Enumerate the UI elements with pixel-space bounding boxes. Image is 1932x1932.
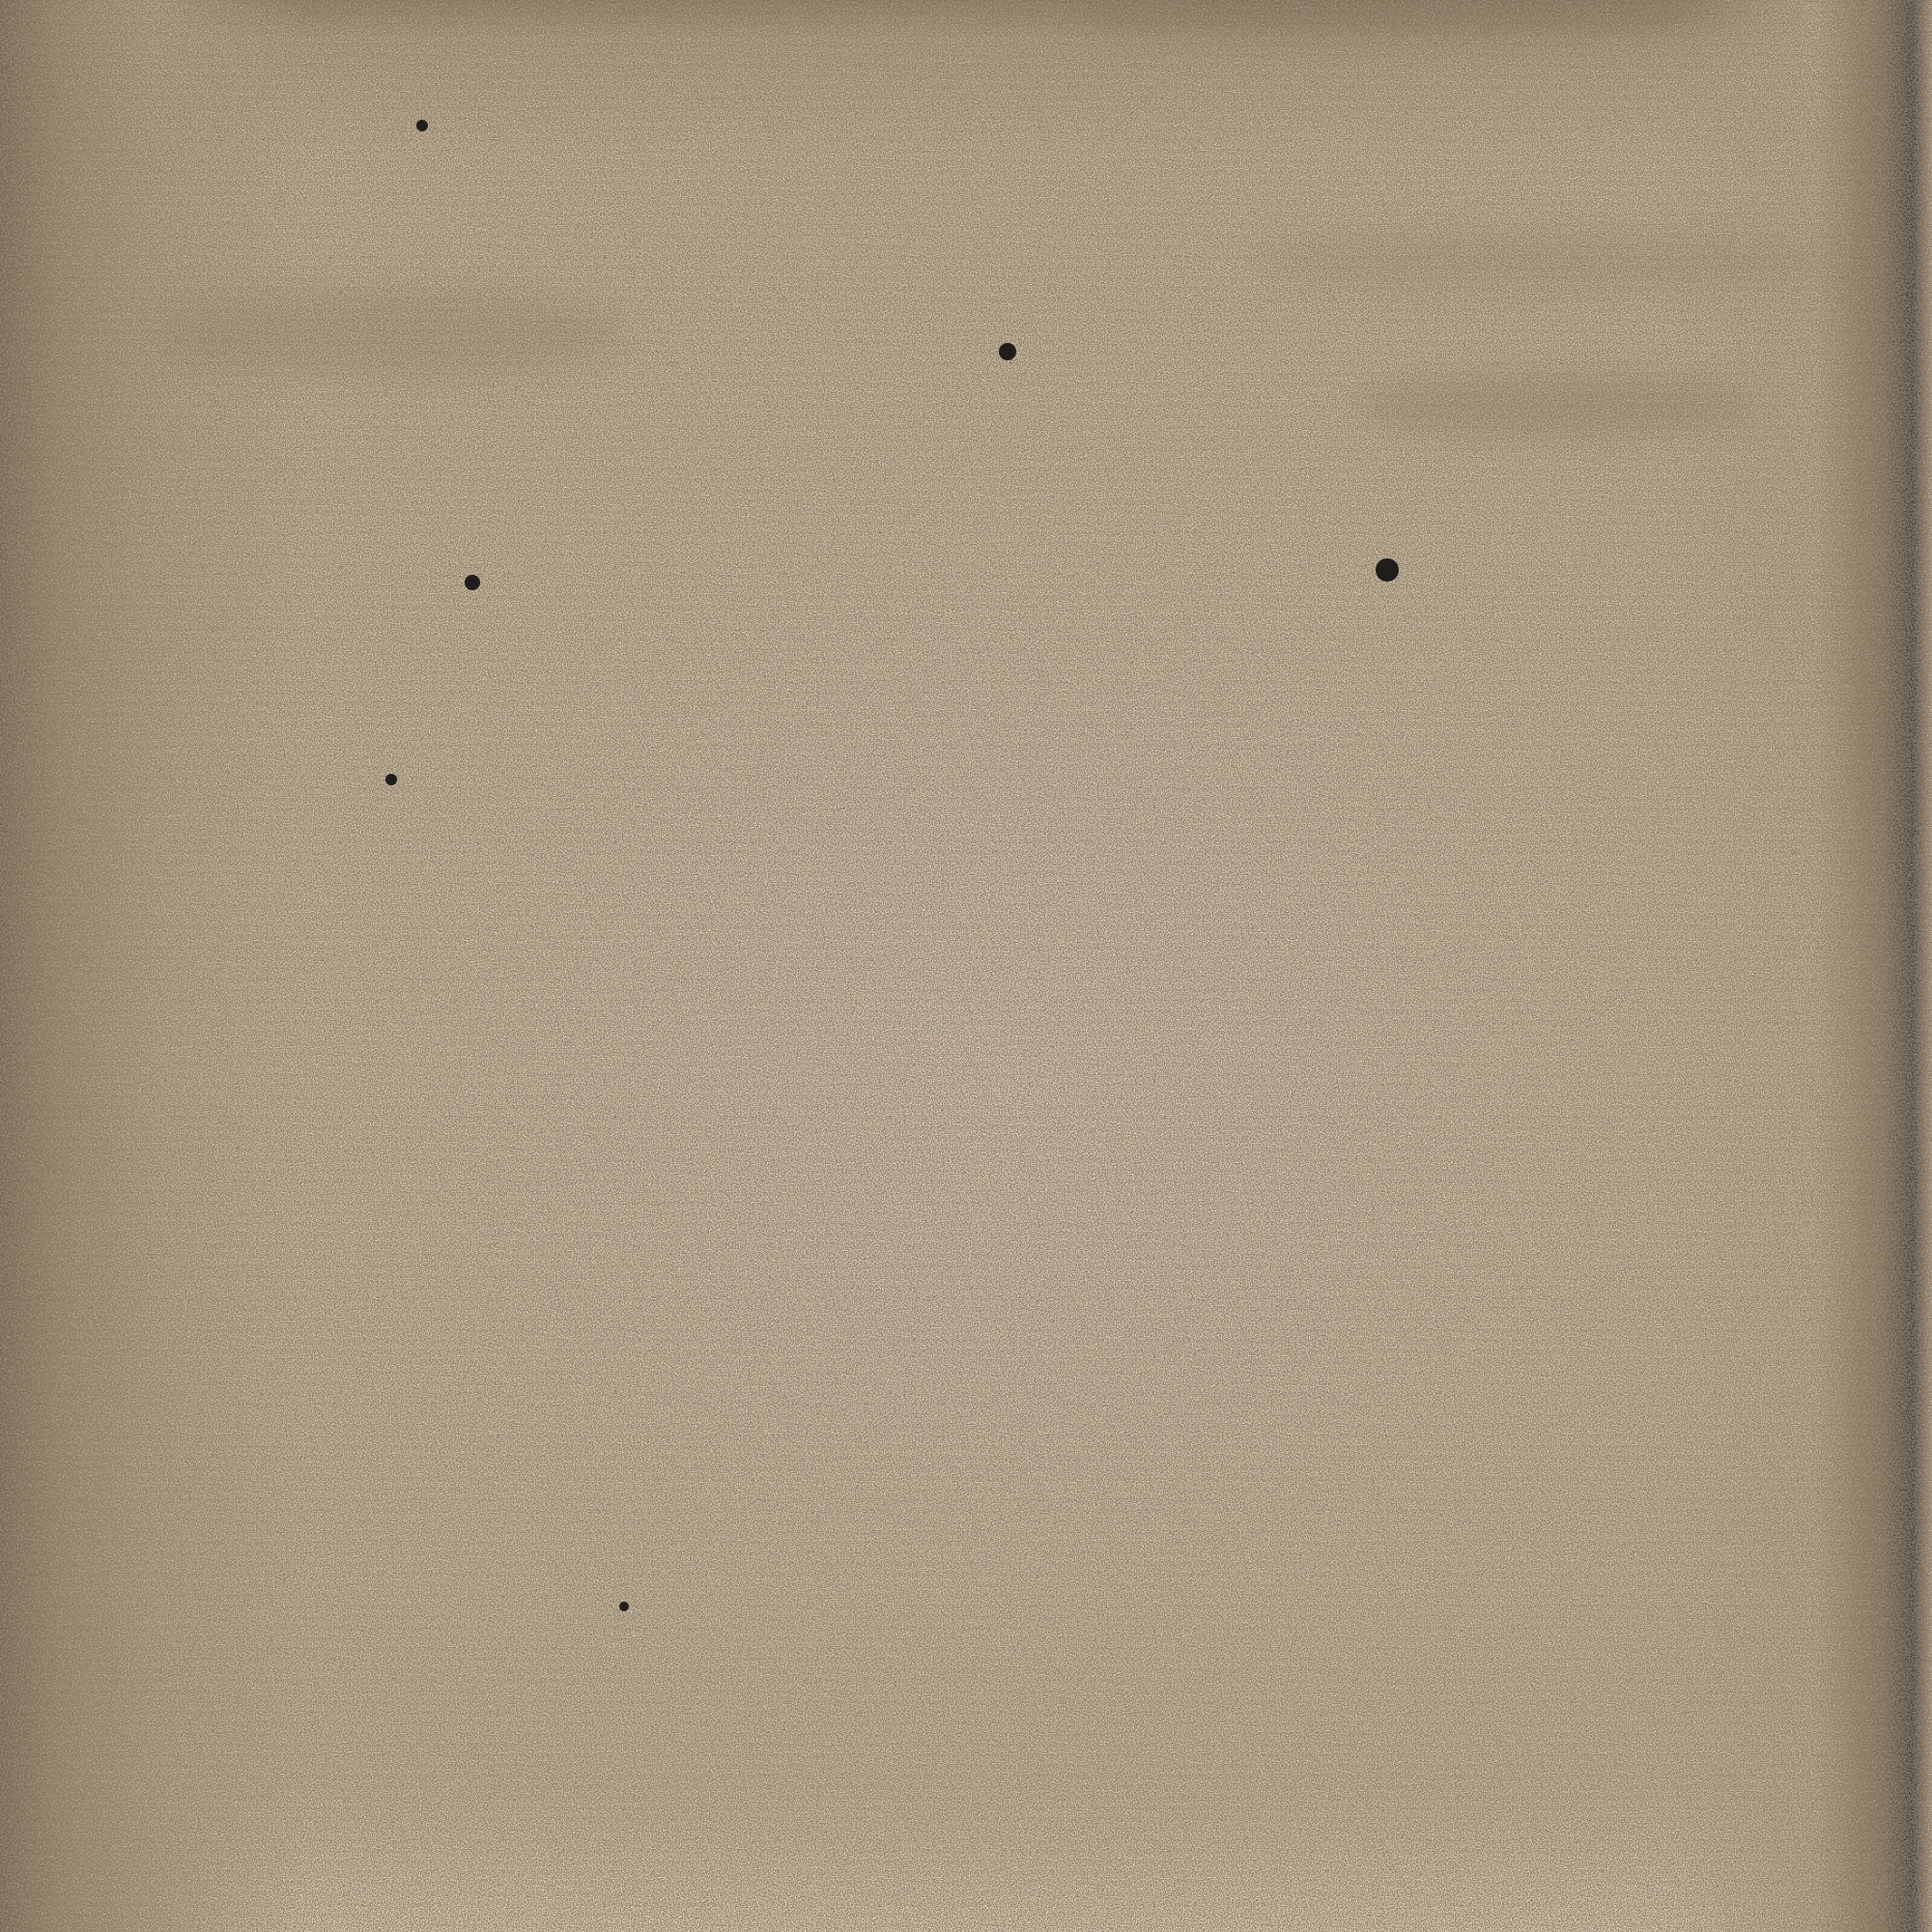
dark-spot <box>999 343 1016 360</box>
dark-spot <box>1376 558 1399 582</box>
speckle-texture <box>0 0 1932 1932</box>
dark-spot <box>416 120 428 131</box>
dark-spot <box>385 774 397 785</box>
dark-spot <box>619 1602 629 1611</box>
dark-spot <box>465 575 480 590</box>
